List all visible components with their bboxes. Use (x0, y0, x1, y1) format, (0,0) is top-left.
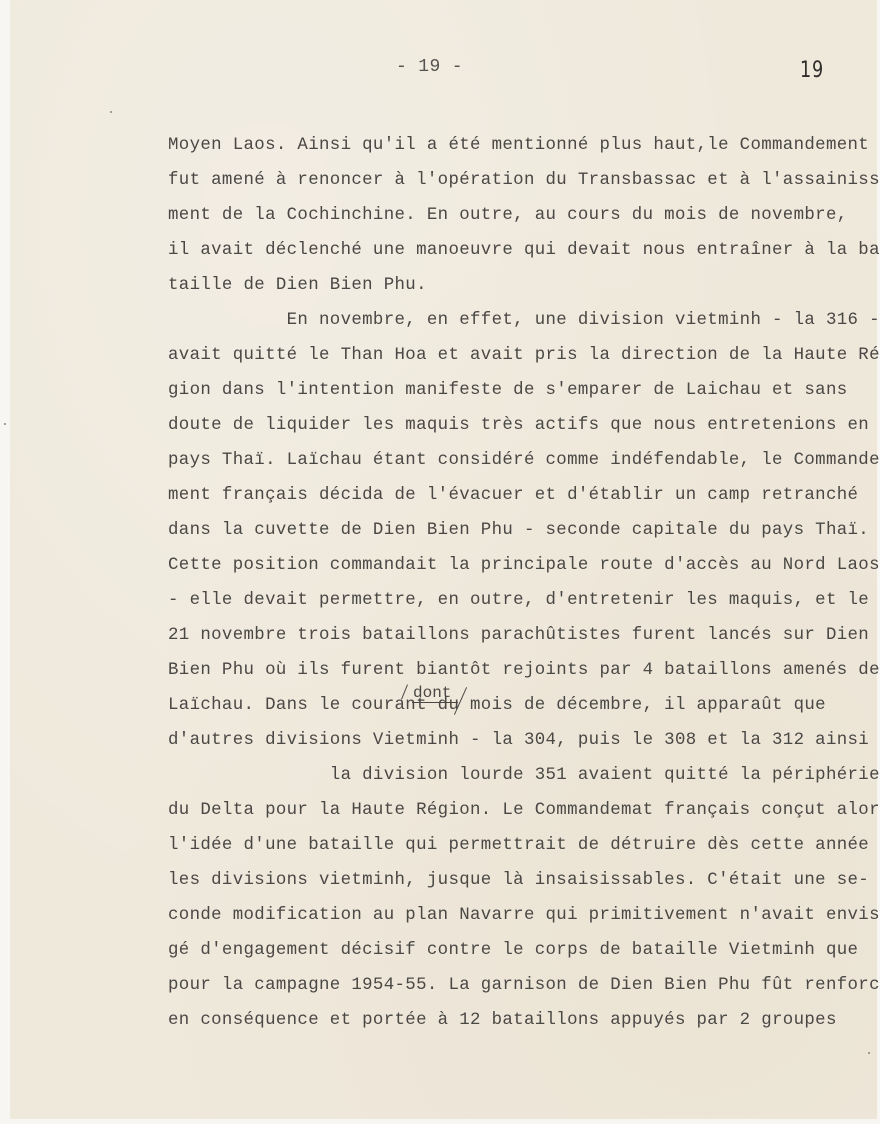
text-line: pour la campagne 1954-55. La garnison de… (168, 977, 880, 994)
text-line: Moyen Laos. Ainsi qu'il a été mentionné … (168, 137, 869, 154)
text-line: gé d'engagement décisif contre le corps … (168, 942, 858, 959)
text-line: avait quitté le Than Hoa et avait pris l… (168, 347, 880, 364)
page-number-typed: - 19 - (396, 58, 463, 76)
text-line: Cette position commandait la principale … (168, 557, 880, 574)
paper-speck (110, 111, 112, 113)
text-line: taille de Dien Bien Phu. (168, 277, 427, 294)
text-line: 21 novembre trois bataillons parachûtist… (168, 627, 869, 644)
text-line: l'idée d'une bataille qui permettrait de… (168, 837, 869, 854)
text-line: les divisions vietminh, jusque là insais… (168, 872, 869, 889)
text-line: - elle devait permettre, en outre, d'ent… (168, 592, 869, 609)
text-line: d'autres divisions Vietminh - la 304, pu… (168, 732, 880, 749)
insertion-note: dont (413, 684, 451, 702)
text-line: la division lourde 351 avaient quitté la… (168, 767, 880, 784)
margin-speck (868, 1052, 870, 1054)
text-line: gion dans l'intention manifeste de s'emp… (168, 382, 848, 399)
text-line: doute de liquider les maquis très actifs… (168, 417, 869, 434)
page-number-stamp: 19 (800, 58, 824, 83)
margin-speck (4, 423, 6, 425)
text-line: du Delta pour la Haute Région. Le Comman… (168, 802, 880, 819)
text-line: il avait déclenché une manoeuvre qui dev… (168, 242, 880, 259)
text-line: pays Thaï. Laïchau étant considéré comme… (168, 452, 880, 469)
text-line: ment de la Cochinchine. En outre, au cou… (168, 207, 848, 224)
text-line: En novembre, en effet, une division viet… (168, 312, 880, 329)
text-line: en conséquence et portée à 12 bataillons… (168, 1012, 837, 1029)
text-line: ment français décida de l'évacuer et d'é… (168, 487, 858, 504)
text-line: dans la cuvette de Dien Bien Phu - secon… (168, 522, 869, 539)
text-line: Laïchau. Dans le courant du mois de déce… (168, 697, 826, 714)
text-line: fut amené à renoncer à l'opération du Tr… (168, 172, 880, 189)
text-line: Bien Phu où ils furent biantôt rejoints … (168, 662, 880, 679)
insertion-underline (412, 702, 458, 703)
text-line: conde modification au plan Navarre qui p… (168, 907, 880, 924)
